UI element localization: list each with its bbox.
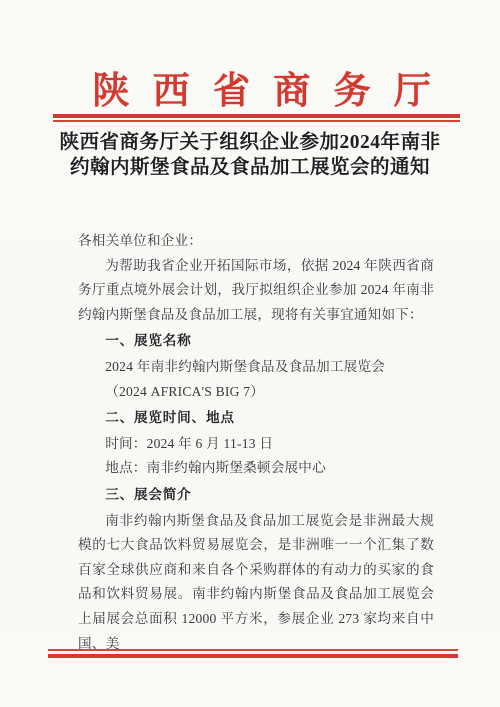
section-3-heading: 三、展会简介 xyxy=(78,483,434,508)
document-title-line-1: 陕西省商务厅关于组织企业参加2024年南非 xyxy=(30,131,470,156)
exhibition-venue: 地点：南非约翰内斯堡桑顿会展中心 xyxy=(78,456,434,481)
salutation: 各相关单位和企业： xyxy=(78,229,434,254)
document-title-line-2: 约翰内斯堡食品及食品加工展览会的通知 xyxy=(30,156,470,181)
agency-name: 陕西省商务厅 xyxy=(0,60,500,114)
document-body: 各相关单位和企业： 为帮助我省企业开拓国际市场，依据 2024 年陕西省商务厅重… xyxy=(78,229,434,656)
exhibition-name: 2024 年南非约翰内斯堡食品及食品加工展览会 xyxy=(78,355,434,380)
exhibition-intro-paragraph: 南非约翰内斯堡食品及食品加工展览会是非洲最大规模的七大食品饮料贸易展览会，是非洲… xyxy=(78,509,434,657)
document-page: 陕西省商务厅 陕西省商务厅关于组织企业参加2024年南非 约翰内斯堡食品及食品加… xyxy=(0,0,500,707)
footer-divider xyxy=(48,649,458,658)
letterhead-divider xyxy=(53,114,460,122)
intro-paragraph: 为帮助我省企业开拓国际市场，依据 2024 年陕西省商务厅重点境外展会计划，我厅… xyxy=(78,254,434,328)
exhibition-name-english: （2024 AFRICA'S BIG 7） xyxy=(78,380,434,405)
document-title: 陕西省商务厅关于组织企业参加2024年南非 约翰内斯堡食品及食品加工展览会的通知 xyxy=(30,131,470,180)
letterhead-divider-thin-line xyxy=(53,120,460,122)
section-1-heading: 一、展览名称 xyxy=(78,329,434,354)
section-2-heading: 二、展览时间、地点 xyxy=(78,406,434,431)
exhibition-time: 时间：2024 年 6 月 11-13 日 xyxy=(78,432,434,457)
footer-divider-thick-line xyxy=(48,654,458,658)
